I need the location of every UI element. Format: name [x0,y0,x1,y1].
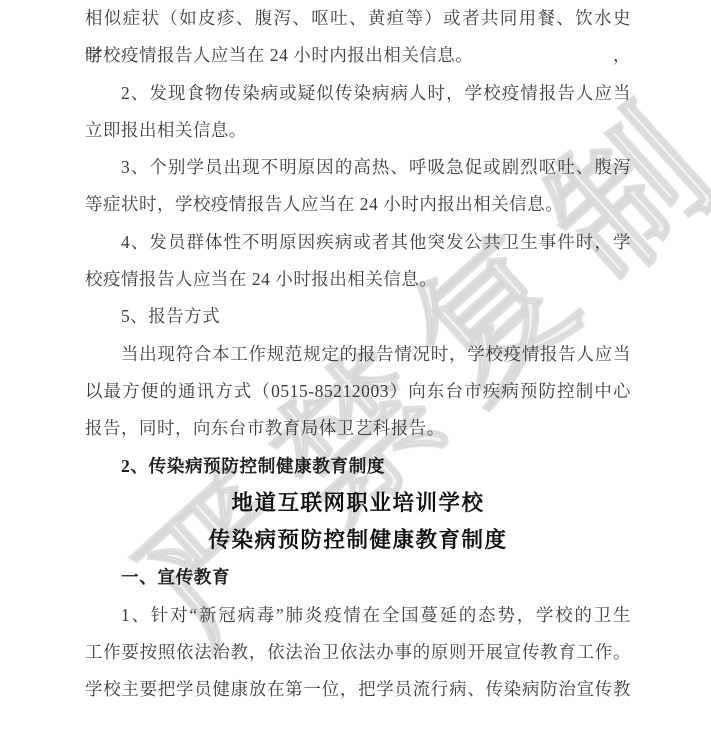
doc-line: 5、报告方式 [85,298,631,335]
document-page: 严禁复制 相似症状（如皮疹、腹泻、呕吐、黄疸等）或者共同用餐、饮水史时， 学校疫… [0,0,711,748]
section-heading: 2、传染病预防控制健康教育制度 [85,448,631,485]
doc-line: 以最方便的通讯方式（0515-85212003）向东台市疾病预防控制中心 [85,373,631,410]
sub-heading: 一、宣传教育 [85,559,631,596]
doc-line: 4、发员群体性不明原因疾病或者其他突发公共卫生事件时，学 [85,224,631,261]
doc-line: 等症状时，学校疫情报告人应当在 24 小时内报出相关信息。 [85,186,631,223]
doc-line: 立即报出相关信息。 [85,112,631,149]
doc-line: 1、针对“新冠病毒”肺炎疫情在全国蔓延的态势，学校的卫生 [85,597,631,634]
policy-title: 传染病预防控制健康教育制度 [85,522,631,559]
document-body: 相似症状（如皮疹、腹泻、呕吐、黄疸等）或者共同用餐、饮水史时， 学校疫情报告人应… [85,0,631,709]
doc-line: 学校主要把学员健康放在第一位，把学员流行病、传染病防治宣传教 [85,671,631,708]
doc-line: 报告，同时，向东台市教育局体卫艺科报告。 [85,410,631,447]
doc-line: 2、发现食物传染病或疑似传染病病人时，学校疫情报告人应当 [85,75,631,112]
doc-line: 相似症状（如皮疹、腹泻、呕吐、黄疸等）或者共同用餐、饮水史时， [85,0,631,37]
doc-line: 当出现符合本工作规范规定的报告情况时，学校疫情报告人应当 [85,336,631,373]
doc-line: 校疫情报告人应当在 24 小时报出相关信息。 [85,261,631,298]
school-title: 地道互联网职业培训学校 [85,485,631,522]
doc-line: 工作要按照依法治教，依法治卫依法办事的原则开展宣传教育工作。 [85,634,631,671]
doc-line: 3、个别学员出现不明原因的高热、呼吸急促或剧烈呕吐、腹泻 [85,149,631,186]
